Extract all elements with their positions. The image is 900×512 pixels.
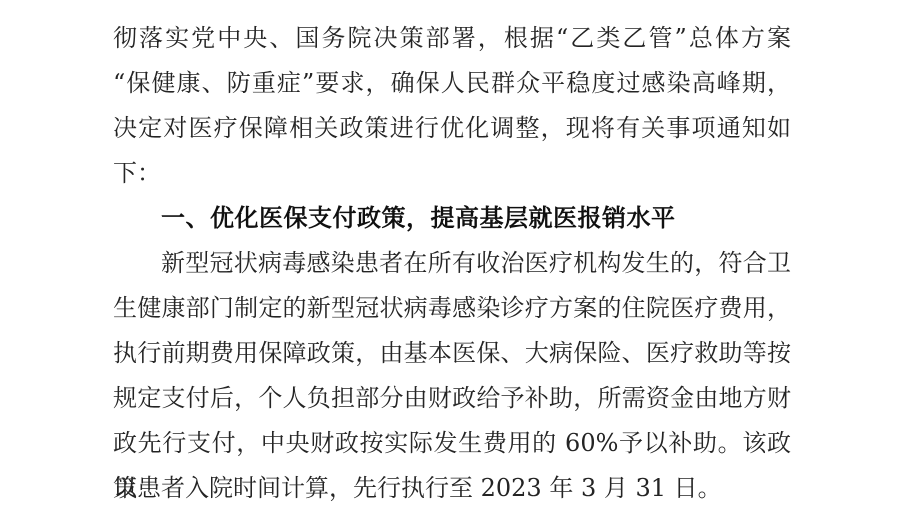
intro-line-2: “保健康、防重症”要求，确保人民群众平稳度过感染高峰期，	[113, 61, 791, 106]
section-heading: 一、优化医保支付政策，提高基层就医报销水平	[113, 196, 791, 241]
paragraph-line-2: 生健康部门制定的新型冠状病毒感染诊疗方案的住院医疗费用，	[113, 286, 791, 331]
paragraph-line-3: 执行前期费用保障政策，由基本医保、大病保险、医疗救助等按	[113, 331, 791, 376]
intro-line-3: 决定对医疗保障相关政策进行优化调整，现将有关事项通知如	[113, 106, 791, 151]
paragraph-line-1: 新型冠状病毒感染患者在所有收治医疗机构发生的，符合卫	[113, 241, 791, 286]
paragraph-line-6: 以患者入院时间计算，先行执行至 2023 年 3 月 31 日。	[113, 466, 791, 511]
document-page: 彻落实党中央、国务院决策部署，根据“乙类乙管”总体方案 “保健康、防重症”要求，…	[113, 16, 791, 511]
intro-line-4: 下：	[113, 151, 791, 196]
paragraph-line-5: 政先行支付，中央财政按实际发生费用的 60%予以补助。该政策	[113, 421, 791, 466]
paragraph-line-4: 规定支付后，个人负担部分由财政给予补助，所需资金由地方财	[113, 376, 791, 421]
intro-line-1: 彻落实党中央、国务院决策部署，根据“乙类乙管”总体方案	[113, 16, 791, 61]
